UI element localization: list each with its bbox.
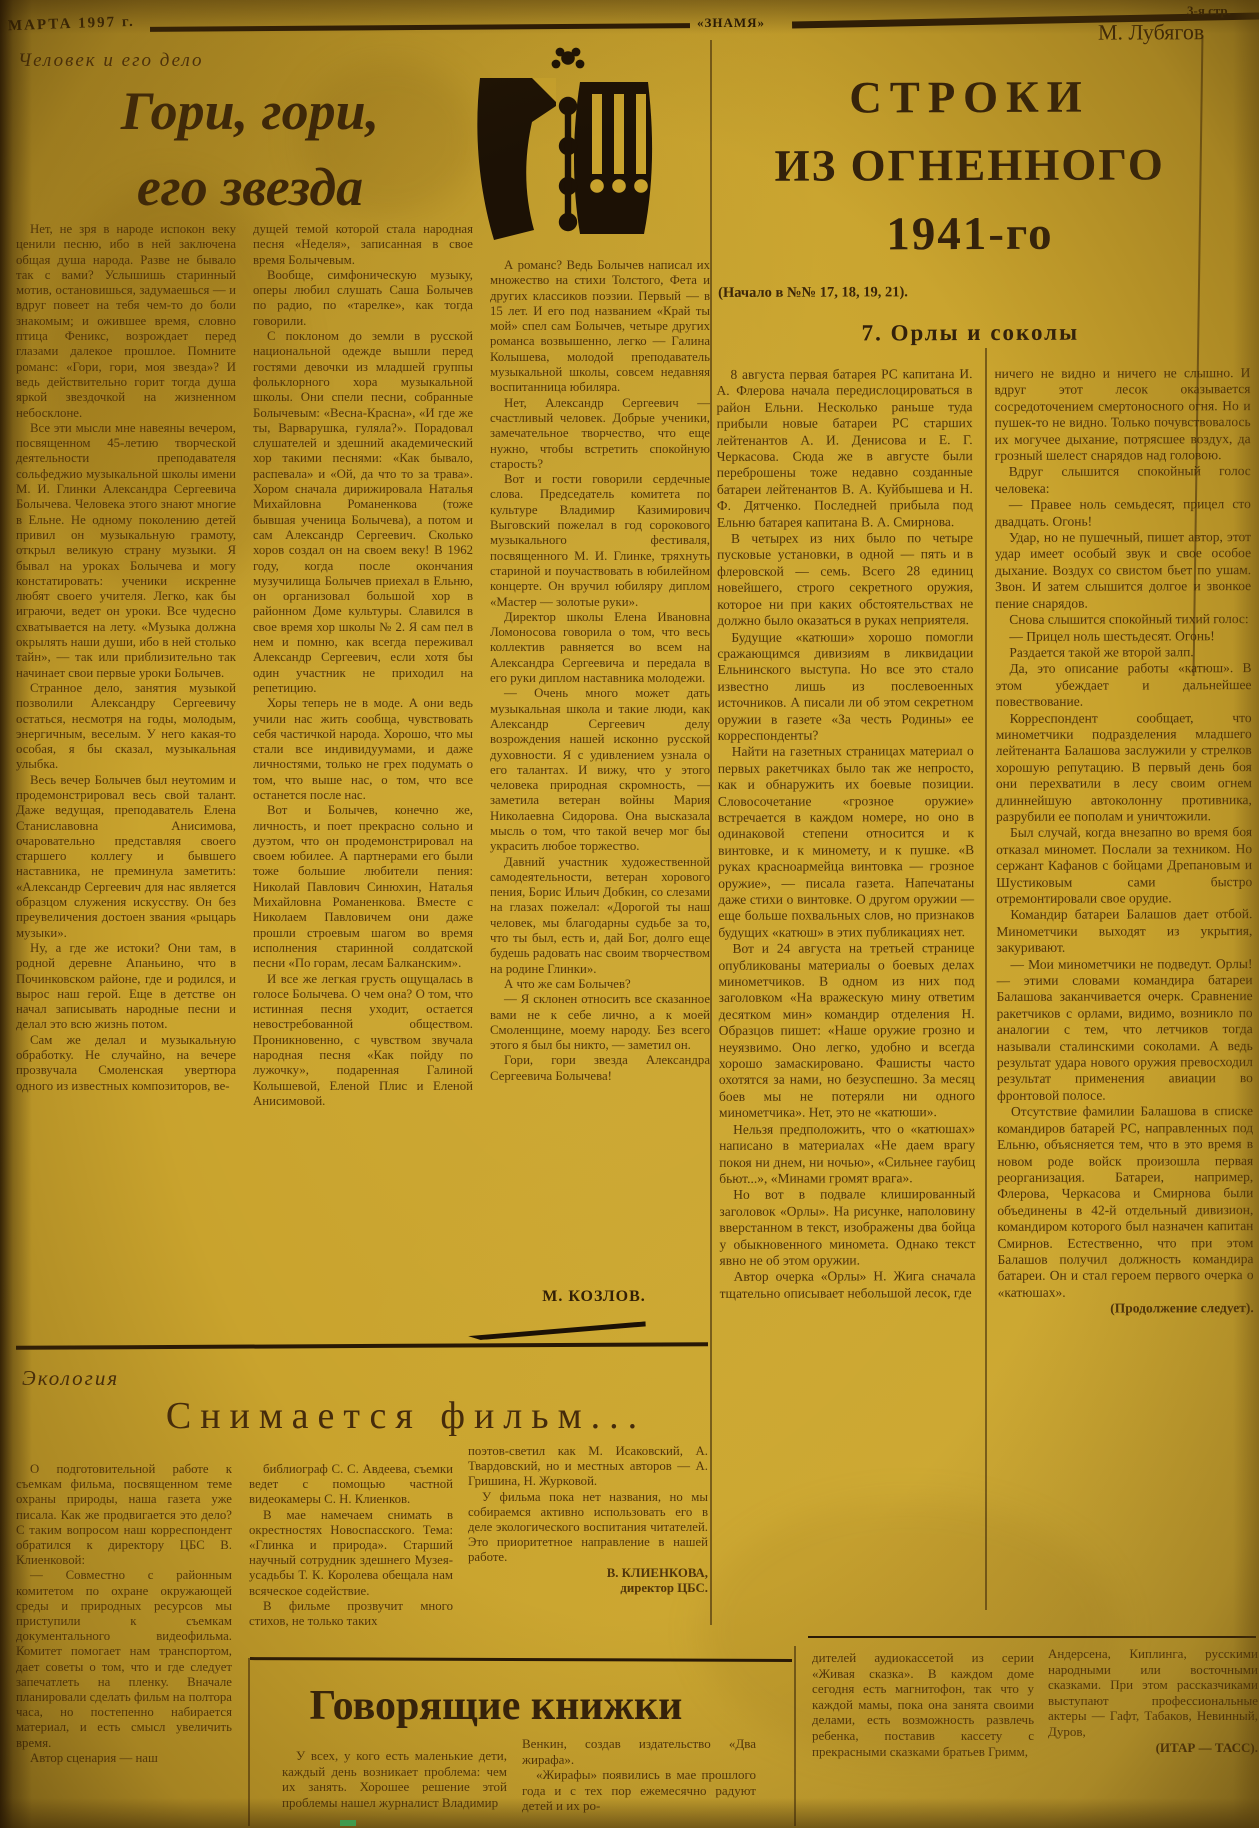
paragraph: — Мои минометчики не подведут. Орлы! — э… bbox=[996, 956, 1253, 1105]
paragraph: дителей аудиокассетой из серии «Живая ск… bbox=[812, 1650, 1034, 1759]
paragraph: Найти на газетных страницах материал о п… bbox=[718, 743, 975, 941]
paragraph: Будущие «катюши» хорошо помогли сражающи… bbox=[717, 629, 973, 745]
paragraph: Нет, Александр Сергеевич — счастливый че… bbox=[490, 396, 710, 472]
paragraph: Нельзя предположить, что о «катюшах» нап… bbox=[719, 1121, 975, 1188]
glinka-music-emblem-icon bbox=[468, 46, 660, 258]
paragraph: — Прицел ноль шестьдесят. Огонь! bbox=[995, 628, 1251, 645]
article-title: СТРОКИ ИЗ ОГНЕННОГО 1941-го bbox=[719, 63, 1220, 270]
paragraph: Ну, а где же истоки? Они там, в родной д… bbox=[16, 941, 236, 1033]
section-rule bbox=[16, 1342, 708, 1350]
column-divider bbox=[710, 40, 712, 1625]
paragraph: В фильме прозвучит много стихов, не толь… bbox=[249, 1599, 453, 1629]
paragraph: Давний участник художественной самодеяте… bbox=[490, 855, 710, 977]
article-title-line2: ИЗ ОГНЕННОГО bbox=[720, 131, 1220, 200]
paragraph: В мае намечаем снимать в окрестностях Но… bbox=[249, 1508, 453, 1599]
paragraph: Корреспондент сообщает, что минометчики … bbox=[996, 710, 1252, 826]
serial-start-note: (Начало в №№ 17, 18, 19, 21). bbox=[718, 284, 908, 302]
paragraph: Да, это описание работы «катюш». В этом … bbox=[995, 660, 1251, 710]
article-books: Говорящие книжки У всех, у кого есть мал… bbox=[0, 1630, 1259, 1828]
scan-artifact bbox=[340, 1820, 356, 1826]
paragraph: В четырех из них было по четыре пусковые… bbox=[717, 530, 973, 629]
paragraph: Директор школы Елена Ивановна Ломоносова… bbox=[490, 610, 710, 686]
chapter-heading: 7. Орлы и соколы bbox=[730, 319, 1210, 347]
column-divider bbox=[985, 348, 987, 1610]
article-column: Венкин, создав издательство «Два жирафа»… bbox=[522, 1736, 756, 1828]
article-column: Нет, не зря в народе испокон веку ценили… bbox=[16, 222, 236, 1338]
paragraph: Венкин, создав издательство «Два жирафа»… bbox=[522, 1736, 756, 1767]
article-title: Снимается фильм... bbox=[96, 1394, 716, 1438]
paragraph: Отсутствие фамилии Балашова в списке ком… bbox=[997, 1103, 1254, 1301]
paragraph: ничего не видно и ничего не слышно. И вд… bbox=[994, 365, 1250, 464]
article-gori-gori: Человек и его дело Гори, гори, его звезд… bbox=[16, 46, 712, 1346]
box-rule bbox=[794, 1646, 796, 1826]
paragraph: Был случай, когда внезапно во время боя … bbox=[996, 824, 1252, 907]
article-column: дущей темой которой стала народная песня… bbox=[253, 222, 473, 1338]
paragraph: С поклоном до земли в русской национальн… bbox=[253, 329, 473, 696]
paragraph: «Жирафы» появились в мае прошлого года и… bbox=[522, 1767, 756, 1814]
paragraph: 8 августа первая батарея РС капитана И. … bbox=[716, 366, 973, 531]
paragraph: И все же легкая грусть ощущалась в голос… bbox=[253, 972, 473, 1110]
author-role: директор ЦБС. bbox=[468, 1581, 708, 1596]
paragraph: Вдруг слышится спокойный голос человека: bbox=[995, 464, 1251, 498]
paragraph: Вот и 24 августа на третьей странице опу… bbox=[718, 940, 975, 1121]
article-title: Говорящие книжки bbox=[266, 1682, 726, 1730]
article-title-line1: СТРОКИ bbox=[719, 63, 1219, 132]
to-be-continued: (Продолжение следует). bbox=[998, 1300, 1254, 1317]
paragraph: — Я склонен относить все сказанное вами … bbox=[490, 992, 710, 1053]
article-column: Андерсена, Киплинга, русскими народными … bbox=[1048, 1646, 1258, 1828]
article-title: Гори, гори, его звезда bbox=[30, 74, 470, 225]
paragraph: Автор очерка «Орлы» Н. Жига сначала тщат… bbox=[720, 1268, 976, 1302]
paragraph: Весь вечер Болычев был неутомим и продем… bbox=[16, 773, 236, 941]
paragraph: Но вот в подвале клишированный заголовок… bbox=[719, 1186, 975, 1269]
paragraph: Все эти мысли мне навеяны вечером, посвя… bbox=[16, 421, 236, 681]
paragraph: А что же сам Болычев? bbox=[490, 977, 710, 992]
paragraph: — Правее ноль семьдесят, прицел сто двад… bbox=[995, 496, 1251, 530]
paragraph: У фильма пока нет названия, но мы собира… bbox=[468, 1490, 708, 1566]
paragraph: — Очень много может дать музыкальная шко… bbox=[490, 686, 710, 854]
article-column: ничего не видно и ничего не слышно. И вд… bbox=[994, 365, 1254, 1628]
paragraph: Гори, гори звезда Александра Сергеевича … bbox=[490, 1053, 710, 1084]
article-title-line1: Гори, гори, bbox=[30, 74, 470, 150]
agency-signature: (ИТАР — ТАСС). bbox=[1048, 1740, 1258, 1756]
paragraph: Вообще, симфоническую музыку, оперы люби… bbox=[253, 268, 473, 329]
paragraph: Хоры теперь не в моде. А они ведь учили … bbox=[253, 696, 473, 803]
paragraph: Вот и Болычев, конечно же, личность, и п… bbox=[253, 803, 473, 971]
masthead-rule-left bbox=[150, 23, 690, 32]
byline: М. Лубягов bbox=[1098, 19, 1204, 45]
paragraph: Нет, не зря в народе испокон веку ценили… bbox=[16, 222, 236, 421]
section-rule bbox=[808, 1636, 1256, 1638]
paragraph: Странное дело, занятия музыкой позволили… bbox=[16, 681, 236, 773]
rubric: Человек и его дело bbox=[18, 50, 204, 72]
article-column: У всех, у кого есть маленькие дети, кажд… bbox=[282, 1748, 507, 1828]
paragraph: поэтов-светил как М. Исаковский, А. Твар… bbox=[468, 1444, 708, 1490]
section-rule bbox=[250, 1657, 792, 1662]
article-column: дителей аудиокассетой из серии «Живая ск… bbox=[812, 1650, 1034, 1828]
author-signature: В. КЛИЕНКОВА, bbox=[468, 1566, 708, 1581]
box-rule bbox=[248, 1658, 250, 1826]
paragraph: Вот и гости говорили сердечные слова. Пр… bbox=[490, 472, 710, 610]
paragraph: Сам же делал и музыкальную обработку. Не… bbox=[16, 1033, 236, 1094]
paragraph: Раздается такой же второй залп. bbox=[995, 644, 1251, 661]
article-column: 8 августа первая батарея РС капитана И. … bbox=[716, 366, 976, 1629]
paragraph: О подготовительной работе к съемкам филь… bbox=[16, 1462, 232, 1568]
page-number: 3-я стр. bbox=[1187, 3, 1231, 19]
paragraph: Андерсена, Киплинга, русскими народными … bbox=[1048, 1646, 1258, 1740]
paragraph: Снова слышится спокойный тихий голос: bbox=[995, 611, 1251, 628]
masthead-title: «ЗНАМЯ» bbox=[697, 15, 765, 31]
end-dash bbox=[468, 1321, 646, 1340]
article-title-line3: 1941-го bbox=[720, 198, 1220, 270]
article-column: А романс? Ведь Болычев написал их множес… bbox=[490, 258, 710, 1286]
paragraph: библиограф С. С. Авдеева, съемки ведет с… bbox=[249, 1462, 453, 1508]
paragraph: дущей темой которой стала народная песня… bbox=[253, 222, 473, 268]
issue-date: МАРТА 1997 г. bbox=[8, 14, 135, 35]
rubric: Экология bbox=[22, 1366, 119, 1391]
paragraph: А романс? Ведь Болычев написал их множес… bbox=[490, 258, 710, 396]
paragraph: Командир батареи Балашов дает отбой. Мин… bbox=[996, 906, 1252, 956]
paragraph: Удар, но не пушечный, пишет автор, этот … bbox=[995, 529, 1251, 612]
paragraph: У всех, у кого есть маленькие дети, кажд… bbox=[282, 1748, 507, 1810]
article-title-line2: его звезда bbox=[30, 150, 470, 226]
author-signature: М. КОЗЛОВ. bbox=[484, 1288, 704, 1306]
